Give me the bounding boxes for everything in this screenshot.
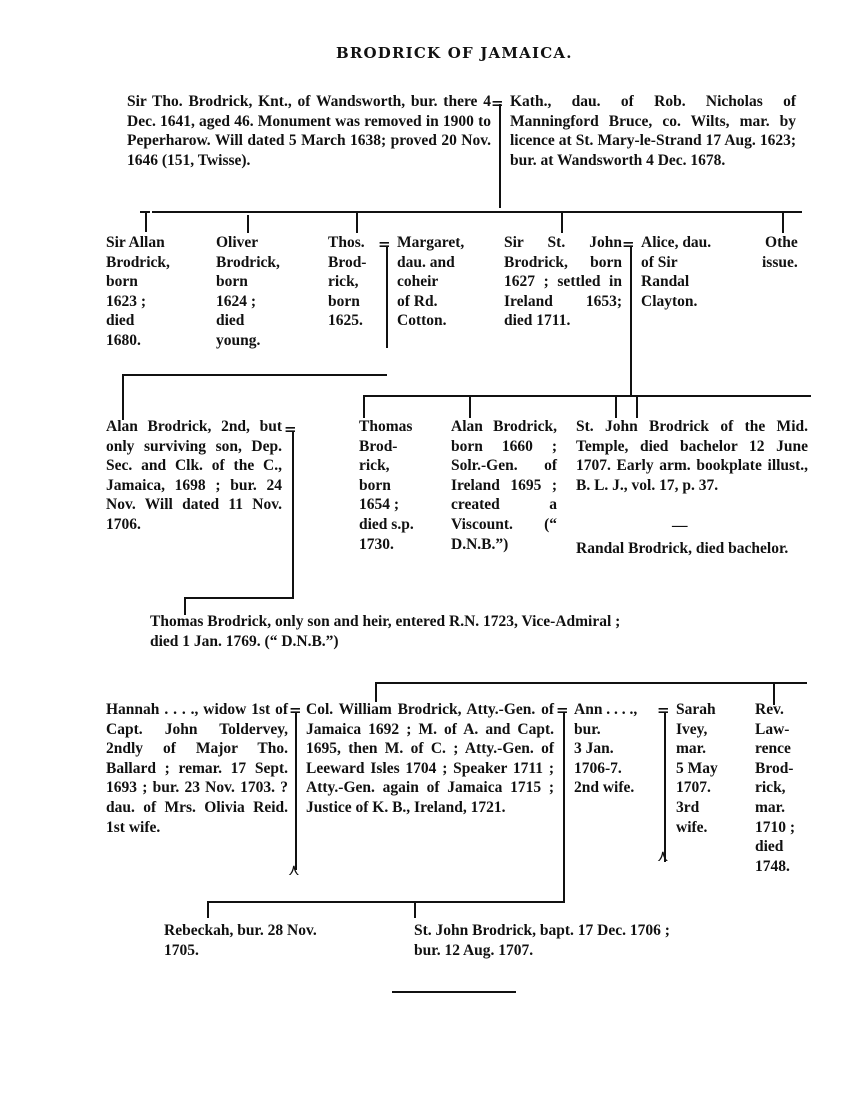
descent-line: [207, 902, 209, 918]
sibling-line: [122, 374, 387, 376]
descent-line: [292, 432, 294, 597]
descent-line: [295, 712, 297, 870]
descent-line: [630, 246, 632, 396]
randal-brodrick-entry: Randal Brodrick, died bachelor.: [576, 539, 808, 559]
thomas-brodrick-1654-entry: Thomas Brod- rick, born 1654 ; died s.p.…: [359, 417, 414, 554]
alan-brodrick-viscount-entry: Alan Brodrick, born 1660 ; Solr.-Gen. of…: [451, 417, 557, 554]
descent-line: [122, 374, 124, 420]
hannah-entry: Hannah . . . ., widow 1st of Capt. John …: [106, 700, 288, 837]
descent-line: [356, 213, 358, 233]
st-john-brodrick-1706-entry: St. John Brodrick, bapt. 17 Dec. 1706 ; …: [414, 921, 670, 960]
kath-nicholas-entry: Kath., dau. of Rob. Nicholas of Manningf…: [510, 92, 796, 170]
descent-line: [782, 213, 784, 233]
marriage-symbol: =: [622, 237, 635, 251]
descent-line: [414, 902, 416, 918]
sarah-ivey-entry: Sarah Ivey, mar. 5 May 1707. 3rd wife.: [676, 700, 718, 837]
descent-line: [184, 597, 294, 599]
marriage-symbol: =: [284, 422, 297, 436]
closing-rule: [392, 991, 516, 993]
descent-line: [664, 712, 666, 862]
rev-lawrence-brodrick-entry: Rev. Law- rence Brod- rick, mar. 1710 ; …: [755, 700, 795, 876]
other-issue-entry: Othe issue.: [762, 233, 798, 272]
page-title: BRODRICK OF JAMAICA.: [336, 44, 573, 62]
descent-tick: [140, 211, 150, 213]
alice-clayton-entry: Alice, dau. of Sir Randal Clayton.: [641, 233, 711, 311]
descent-line: [386, 246, 388, 348]
alan-brodrick-2nd-entry: Alan Brodrick, 2nd, but only surviving s…: [106, 417, 282, 535]
oliver-brodrick-entry: Oliver Brodrick, born 1624 ; died young.: [216, 233, 280, 351]
sibling-line: [152, 211, 802, 213]
descent-line: [247, 215, 249, 233]
descent-line: [563, 712, 565, 902]
sir-st-john-brodrick-entry: Sir St. John Brodrick, born 1627 ; settl…: [504, 233, 622, 331]
thomas-brodrick-vice-admiral-entry: Thomas Brodrick, only son and heir, ente…: [150, 612, 620, 651]
st-john-mid-temple-entry: St. John Brodrick of the Mid. Temple, di…: [576, 417, 808, 495]
sir-allan-brodrick-entry: Sir Allan Brodrick, born 1623 ; died 168…: [106, 233, 170, 351]
rebeckah-entry: Rebeckah, bur. 28 Nov. 1705.: [164, 921, 317, 960]
issue-arrow-icon: ⋏: [657, 848, 669, 864]
issue-arrow-icon: ⋏: [288, 862, 300, 878]
col-william-brodrick-entry: Col. William Brodrick, Atty.-Gen. of Jam…: [306, 700, 554, 818]
separator-dash: —: [672, 516, 688, 536]
sir-tho-brodrick-entry: Sir Tho. Brodrick, Knt., of Wandsworth, …: [127, 92, 491, 170]
sibling-line: [207, 901, 565, 903]
descent-line: [469, 396, 471, 418]
thos-brodrick-entry: Thos. Brod- rick, born 1625.: [328, 233, 366, 331]
descent-line: [375, 682, 377, 702]
descent-line: [561, 213, 563, 233]
sibling-line: [363, 395, 811, 397]
marriage-symbol: =: [491, 96, 504, 110]
ann-entry: Ann . . . ., bur. 3 Jan. 1706-7. 2nd wif…: [574, 700, 637, 798]
descent-line: [363, 396, 365, 418]
descent-line: [499, 104, 501, 208]
margaret-cotton-entry: Margaret, dau. and coheir of Rd. Cotton.: [397, 233, 464, 331]
descent-line: [636, 396, 638, 418]
descent-line: [145, 212, 147, 232]
descent-line: [615, 396, 617, 418]
marriage-symbol: =: [378, 237, 391, 251]
sibling-line: [375, 682, 807, 684]
